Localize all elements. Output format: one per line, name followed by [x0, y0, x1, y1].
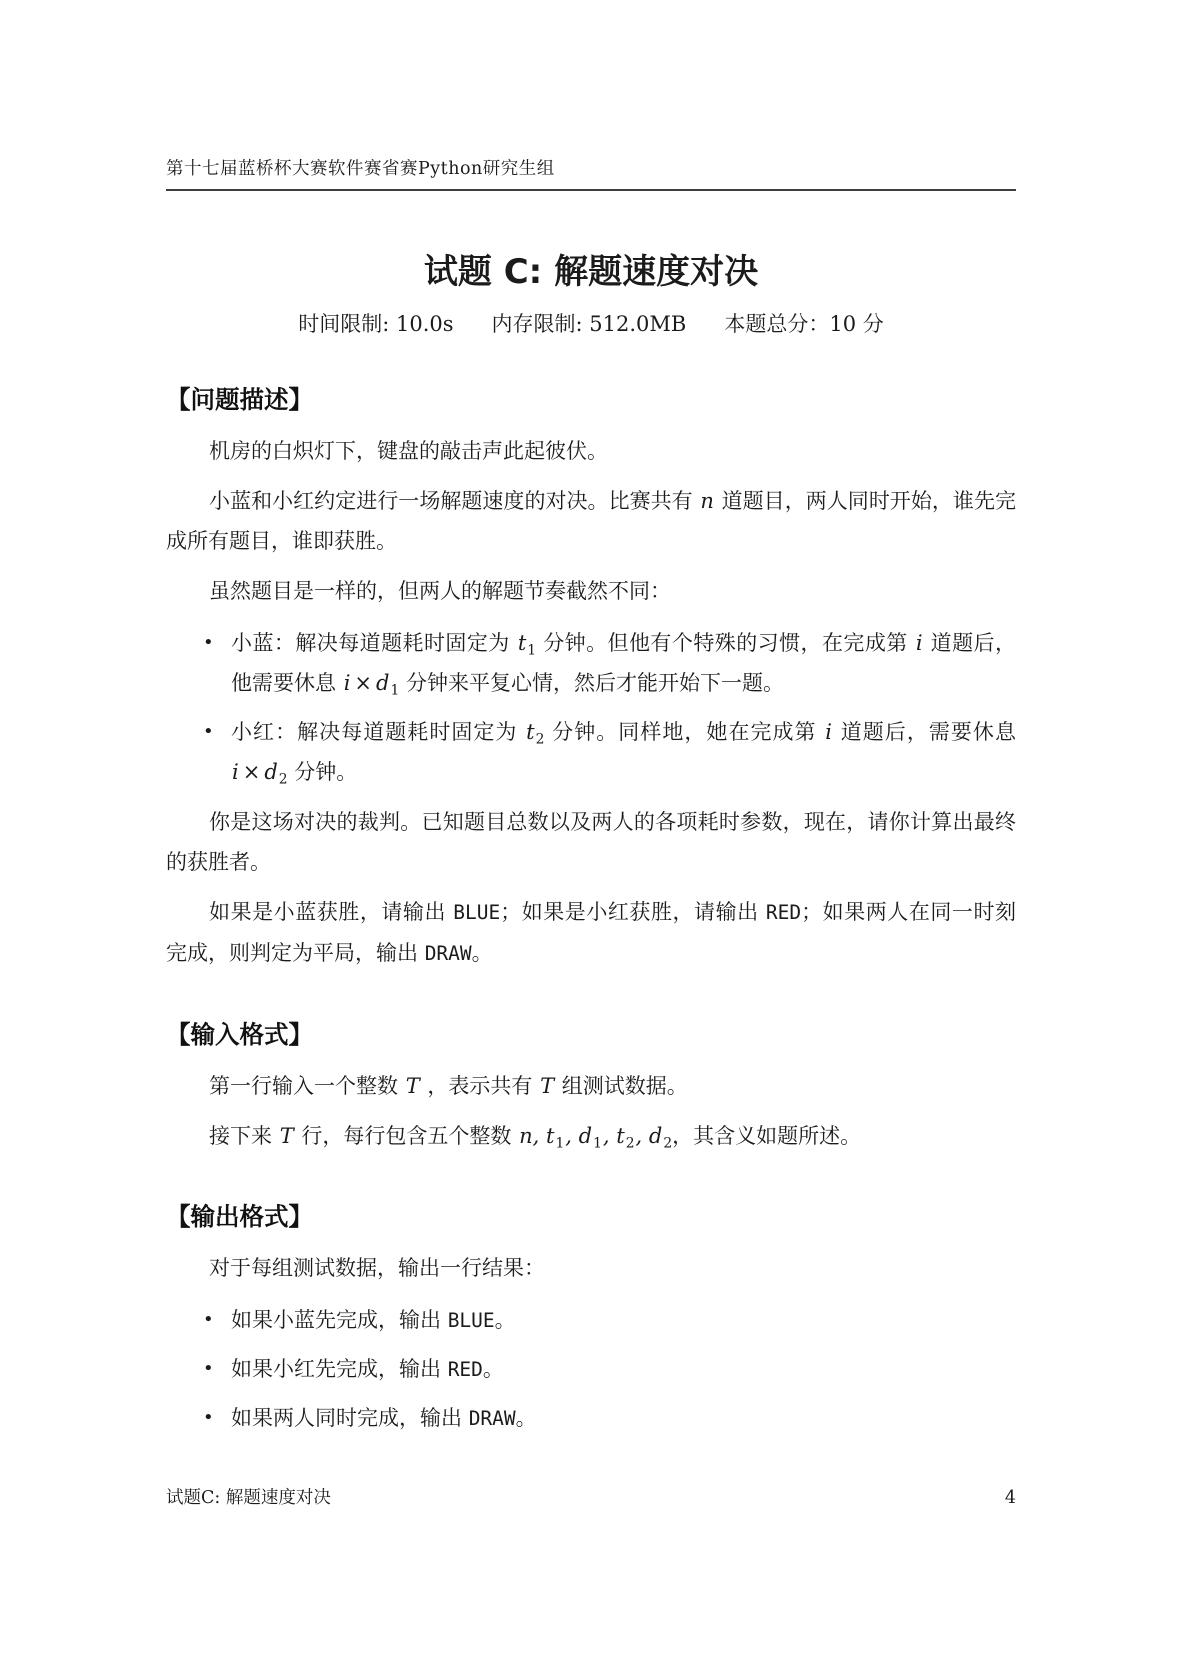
page-header: 第十七届蓝桥杯大赛软件赛省赛Python研究生组 — [166, 156, 1016, 191]
code-token-draw: DRAW — [425, 942, 472, 965]
code-token-red: RED — [448, 1358, 483, 1381]
text-run: 你是这场对决的裁判。已知题目总数以及两人的各项耗时参数，现在，请你计算出最终的获… — [166, 810, 1016, 874]
header-title: 第十七届蓝桥杯大赛软件赛省赛Python研究生组 — [166, 159, 555, 179]
text-run: 接下来 — [209, 1124, 279, 1148]
problem-title: 试题 C: 解题速度对决 — [166, 249, 1016, 295]
page-footer: 试题C: 解题速度对决 4 — [166, 1486, 1016, 1510]
math-var-T: T — [539, 1074, 555, 1098]
paragraph-output-rule: 如果是小蓝获胜，请输出 BLUE；如果是小红获胜，请输出 RED；如果两人在同一… — [166, 892, 1016, 974]
math-var-list: , d — [635, 1124, 664, 1148]
paragraph-input-1: 第一行输入一个整数 T ，表示共有 T 组测试数据。 — [166, 1066, 1016, 1106]
text-run: ，表示共有 — [421, 1074, 539, 1098]
text-run: 组测试数据。 — [555, 1074, 688, 1098]
math-sub: 2 — [279, 771, 288, 787]
text-run: 小蓝和小红约定进行一场解题速度的对决。比赛共有 — [209, 489, 699, 513]
footer-page-number: 4 — [1005, 1486, 1016, 1510]
list-item-result-blue: • 如果小蓝先完成，输出 BLUE。 — [166, 1300, 1016, 1341]
list-item-text: 如果两人同时完成，输出 DRAW。 — [231, 1398, 1016, 1439]
document-page: 第十七届蓝桥杯大赛软件赛省赛Python研究生组 试题 C: 解题速度对决 时间… — [0, 0, 1182, 1676]
bullet-icon: • — [203, 712, 231, 792]
text-run: 分钟。 — [288, 760, 358, 784]
heading-output-format: 【输出格式】 — [166, 1200, 1016, 1234]
list-item-result-draw: • 如果两人同时完成，输出 DRAW。 — [166, 1398, 1016, 1439]
total-score: 本题总分：10 分 — [724, 309, 883, 339]
text-run: 。 — [495, 1308, 516, 1332]
math-var-t: t — [517, 631, 527, 655]
math-var-t: t — [525, 720, 535, 744]
text-run: 。 — [472, 941, 493, 965]
text-run: ，其含义如题所述。 — [672, 1124, 861, 1148]
text-run: 。 — [483, 1357, 504, 1381]
paragraph-input-2: 接下来 T 行，每行包含五个整数 n, t1, d1, t2, d2，其含义如题… — [166, 1116, 1016, 1156]
math-var-d: d — [375, 671, 390, 695]
text-run: 分钟。但他有个特殊的习惯，在完成第 — [536, 631, 915, 655]
text-run: 如果是小蓝获胜，请输出 — [209, 900, 453, 924]
times-operator: × — [351, 671, 375, 695]
text-run: 。 — [516, 1406, 537, 1430]
code-token-red: RED — [766, 901, 801, 924]
bullet-list-results: • 如果小蓝先完成，输出 BLUE。 • 如果小红先完成，输出 RED。 • 如… — [166, 1300, 1016, 1439]
text-run: 行，每行包含五个整数 — [295, 1124, 518, 1148]
list-item-result-red: • 如果小红先完成，输出 RED。 — [166, 1349, 1016, 1390]
text-run: 机房的白炽灯下，键盘的敲击声此起彼伏。 — [209, 439, 608, 463]
bullet-list-players: • 小蓝：解决每道题耗时固定为 t1 分钟。但他有个特殊的习惯，在完成第 i 道… — [166, 623, 1016, 792]
math-sub: 2 — [663, 1135, 672, 1151]
text-run: 如果两人同时完成，输出 — [231, 1406, 469, 1430]
heading-input-format: 【输入格式】 — [166, 1018, 1016, 1052]
list-item-text: 如果小红先完成，输出 RED。 — [231, 1349, 1016, 1390]
text-run: 对于每组测试数据，输出一行结果： — [209, 1256, 545, 1280]
list-item-text: 如果小蓝先完成，输出 BLUE。 — [231, 1300, 1016, 1341]
times-operator: × — [240, 760, 264, 784]
code-token-blue: BLUE — [453, 901, 500, 924]
text-run: 第一行输入一个整数 — [209, 1074, 405, 1098]
text-run: 如果小蓝先完成，输出 — [231, 1308, 448, 1332]
bullet-icon: • — [203, 1398, 231, 1439]
memory-limit: 内存限制: 512.0MB — [492, 309, 687, 339]
math-sub: 1 — [555, 1135, 564, 1151]
paragraph-setup: 小蓝和小红约定进行一场解题速度的对决。比赛共有 n 道题目，两人同时开始，谁先完… — [166, 481, 1016, 561]
paragraph-contrast: 虽然题目是一样的，但两人的解题节奏截然不同： — [166, 571, 1016, 611]
math-var-i: i — [824, 720, 833, 744]
text-run: 分钟。同样地，她在完成第 — [544, 720, 824, 744]
math-var-list: n, t — [518, 1124, 555, 1148]
text-run: 分钟来平复心情，然后才能开始下一题。 — [399, 671, 784, 695]
limits-row: 时间限制: 10.0s 内存限制: 512.0MB 本题总分：10 分 — [166, 309, 1016, 339]
math-var-i: i — [231, 760, 240, 784]
paragraph-judge: 你是这场对决的裁判。已知题目总数以及两人的各项耗时参数，现在，请你计算出最终的获… — [166, 802, 1016, 882]
math-var-T: T — [405, 1074, 421, 1098]
text-run: 虽然题目是一样的，但两人的解题节奏截然不同： — [209, 579, 671, 603]
math-sub: 1 — [527, 642, 536, 658]
code-token-blue: BLUE — [448, 1309, 495, 1332]
math-var-i: i — [915, 631, 924, 655]
footer-problem-label: 试题C: 解题速度对决 — [166, 1486, 331, 1510]
math-var-T: T — [279, 1124, 295, 1148]
math-sub: 2 — [626, 1135, 635, 1151]
bullet-icon: • — [203, 623, 231, 703]
math-var-list: , d — [564, 1124, 593, 1148]
text-run: ；如果是小红获胜，请输出 — [500, 900, 766, 924]
math-var-d: d — [263, 760, 278, 784]
bullet-icon: • — [203, 1300, 231, 1341]
paragraph-output-intro: 对于每组测试数据，输出一行结果： — [166, 1248, 1016, 1288]
code-token-draw: DRAW — [469, 1407, 516, 1430]
math-sub: 1 — [390, 682, 399, 698]
page-content: 第十七届蓝桥杯大赛软件赛省赛Python研究生组 试题 C: 解题速度对决 时间… — [0, 156, 1182, 1439]
text-run: 道题后，需要休息 — [833, 720, 1016, 744]
list-item-text: 小蓝：解决每道题耗时固定为 t1 分钟。但他有个特殊的习惯，在完成第 i 道题后… — [231, 623, 1016, 703]
list-item-text: 小红：解决每道题耗时固定为 t2 分钟。同样地，她在完成第 i 道题后，需要休息… — [231, 712, 1016, 792]
bullet-icon: • — [203, 1349, 231, 1390]
heading-problem-description: 【问题描述】 — [166, 383, 1016, 417]
paragraph-intro: 机房的白炽灯下，键盘的敲击声此起彼伏。 — [166, 431, 1016, 471]
text-run: 如果小红先完成，输出 — [231, 1357, 448, 1381]
time-limit: 时间限制: 10.0s — [298, 309, 453, 339]
text-run: 小红：解决每道题耗时固定为 — [231, 720, 525, 744]
math-var-n: n — [699, 489, 715, 513]
math-sub: 1 — [593, 1135, 602, 1151]
list-item-blue: • 小蓝：解决每道题耗时固定为 t1 分钟。但他有个特殊的习惯，在完成第 i 道… — [166, 623, 1016, 703]
text-run: 小蓝：解决每道题耗时固定为 — [231, 631, 517, 655]
list-item-red: • 小红：解决每道题耗时固定为 t2 分钟。同样地，她在完成第 i 道题后，需要… — [166, 712, 1016, 792]
math-var-list: , t — [602, 1124, 626, 1148]
